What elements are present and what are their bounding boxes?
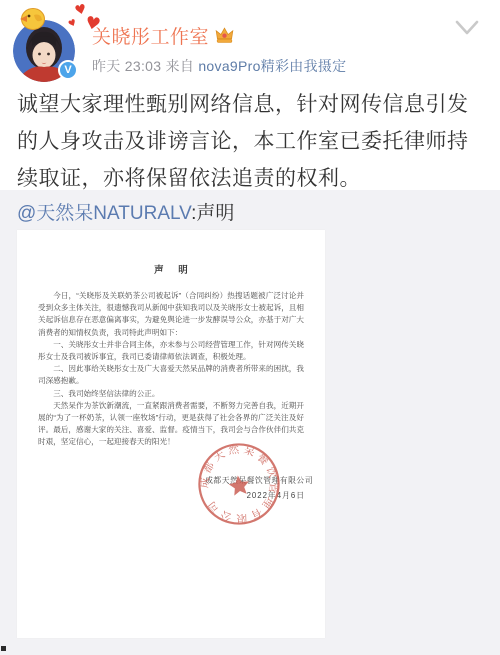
quoted-user-link[interactable]: @天然呆NATURALV bbox=[17, 203, 191, 224]
statement-paragraph: 二、因此事给关晓彤女士及广大喜爱天然呆品牌的消费者所带来的困扰，我司深感抱歉。 bbox=[38, 363, 304, 387]
statement-paragraph: 今日，“关晓彤及关联奶茶公司被起诉”（合同纠纷）热搜话题被广泛讨论并受到众多主体… bbox=[38, 290, 304, 339]
source-link[interactable]: nova9Pro精彩由我摄定 bbox=[198, 58, 346, 74]
quoted-post: @天然呆NATURALV:声明 声 明 今日，“关晓彤及关联奶茶公司被起诉”（合… bbox=[0, 190, 500, 655]
verified-badge-icon: V bbox=[58, 60, 78, 80]
vip-crown-icon bbox=[215, 27, 234, 44]
weibo-post: ♥ ♥ ♥ V 关晓彤工作室 昨天 23:03 来自 nova9Pro精彩由我摄… bbox=[0, 0, 500, 655]
post-meta: 昨天 23:03 来自 nova9Pro精彩由我摄定 bbox=[92, 56, 346, 76]
source-prefix: 来自 bbox=[166, 58, 195, 74]
post-header: ♥ ♥ ♥ V 关晓彤工作室 昨天 23:03 来自 nova9Pro精彩由我摄… bbox=[0, 0, 500, 86]
heart-decoration-icon: ♥ bbox=[67, 19, 78, 31]
statement-paragraph: 三、我司始终坚信法律的公正。 bbox=[38, 388, 304, 400]
statement-title: 声 明 bbox=[17, 262, 325, 276]
quote-suffix: :声明 bbox=[191, 203, 234, 224]
avatar-wrap: ♥ ♥ ♥ V bbox=[13, 20, 75, 82]
chick-pendant-icon bbox=[18, 6, 46, 32]
timestamp: 昨天 23:03 bbox=[92, 58, 161, 74]
username[interactable]: 关晓彤工作室 bbox=[92, 22, 209, 49]
company-seal-icon: 成都天然呆餐饮管理有限公司 bbox=[190, 435, 287, 532]
seal-star-icon bbox=[228, 474, 251, 496]
screen-artifact-dot bbox=[1, 646, 6, 651]
statement-body: 今日，“关晓彤及关联奶茶公司被起诉”（合同纠纷）热搜话题被广泛讨论并受到众多主体… bbox=[38, 290, 304, 449]
chevron-down-icon[interactable] bbox=[452, 18, 482, 40]
quote-line: @天然呆NATURALV:声明 bbox=[17, 198, 234, 225]
post-content: 诚望大家理性甄别网络信息，针对网传信息引发的人身攻击及诽谤言论，本工作室已委托律… bbox=[17, 86, 485, 197]
statement-paragraph: 一、关晓彤女士并非合同主体，亦未参与公司经营管理工作，针对网传关晓彤女士及我司被… bbox=[38, 339, 304, 363]
statement-image[interactable]: 声 明 今日，“关晓彤及关联奶茶公司被起诉”（合同纠纷）热搜话题被广泛讨论并受到… bbox=[17, 230, 325, 638]
